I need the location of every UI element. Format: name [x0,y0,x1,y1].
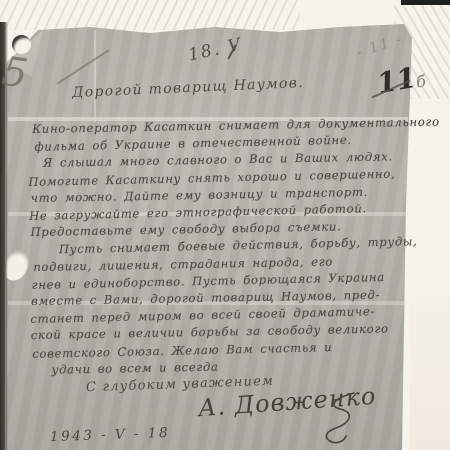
top-edge-dark-sliver [401,0,450,5]
fold-crease-vertical [94,30,96,122]
scanned-letter-photo: 5 18. V - 11 - 11 б Дорогой товарищ Наум… [0,0,450,450]
letter-body: Кино-оператор Касаткин снимает для докум… [26,113,434,380]
photo-texture-top-left [0,0,300,30]
signature-flourish [320,390,362,446]
page-number-suffix: б [415,71,427,91]
